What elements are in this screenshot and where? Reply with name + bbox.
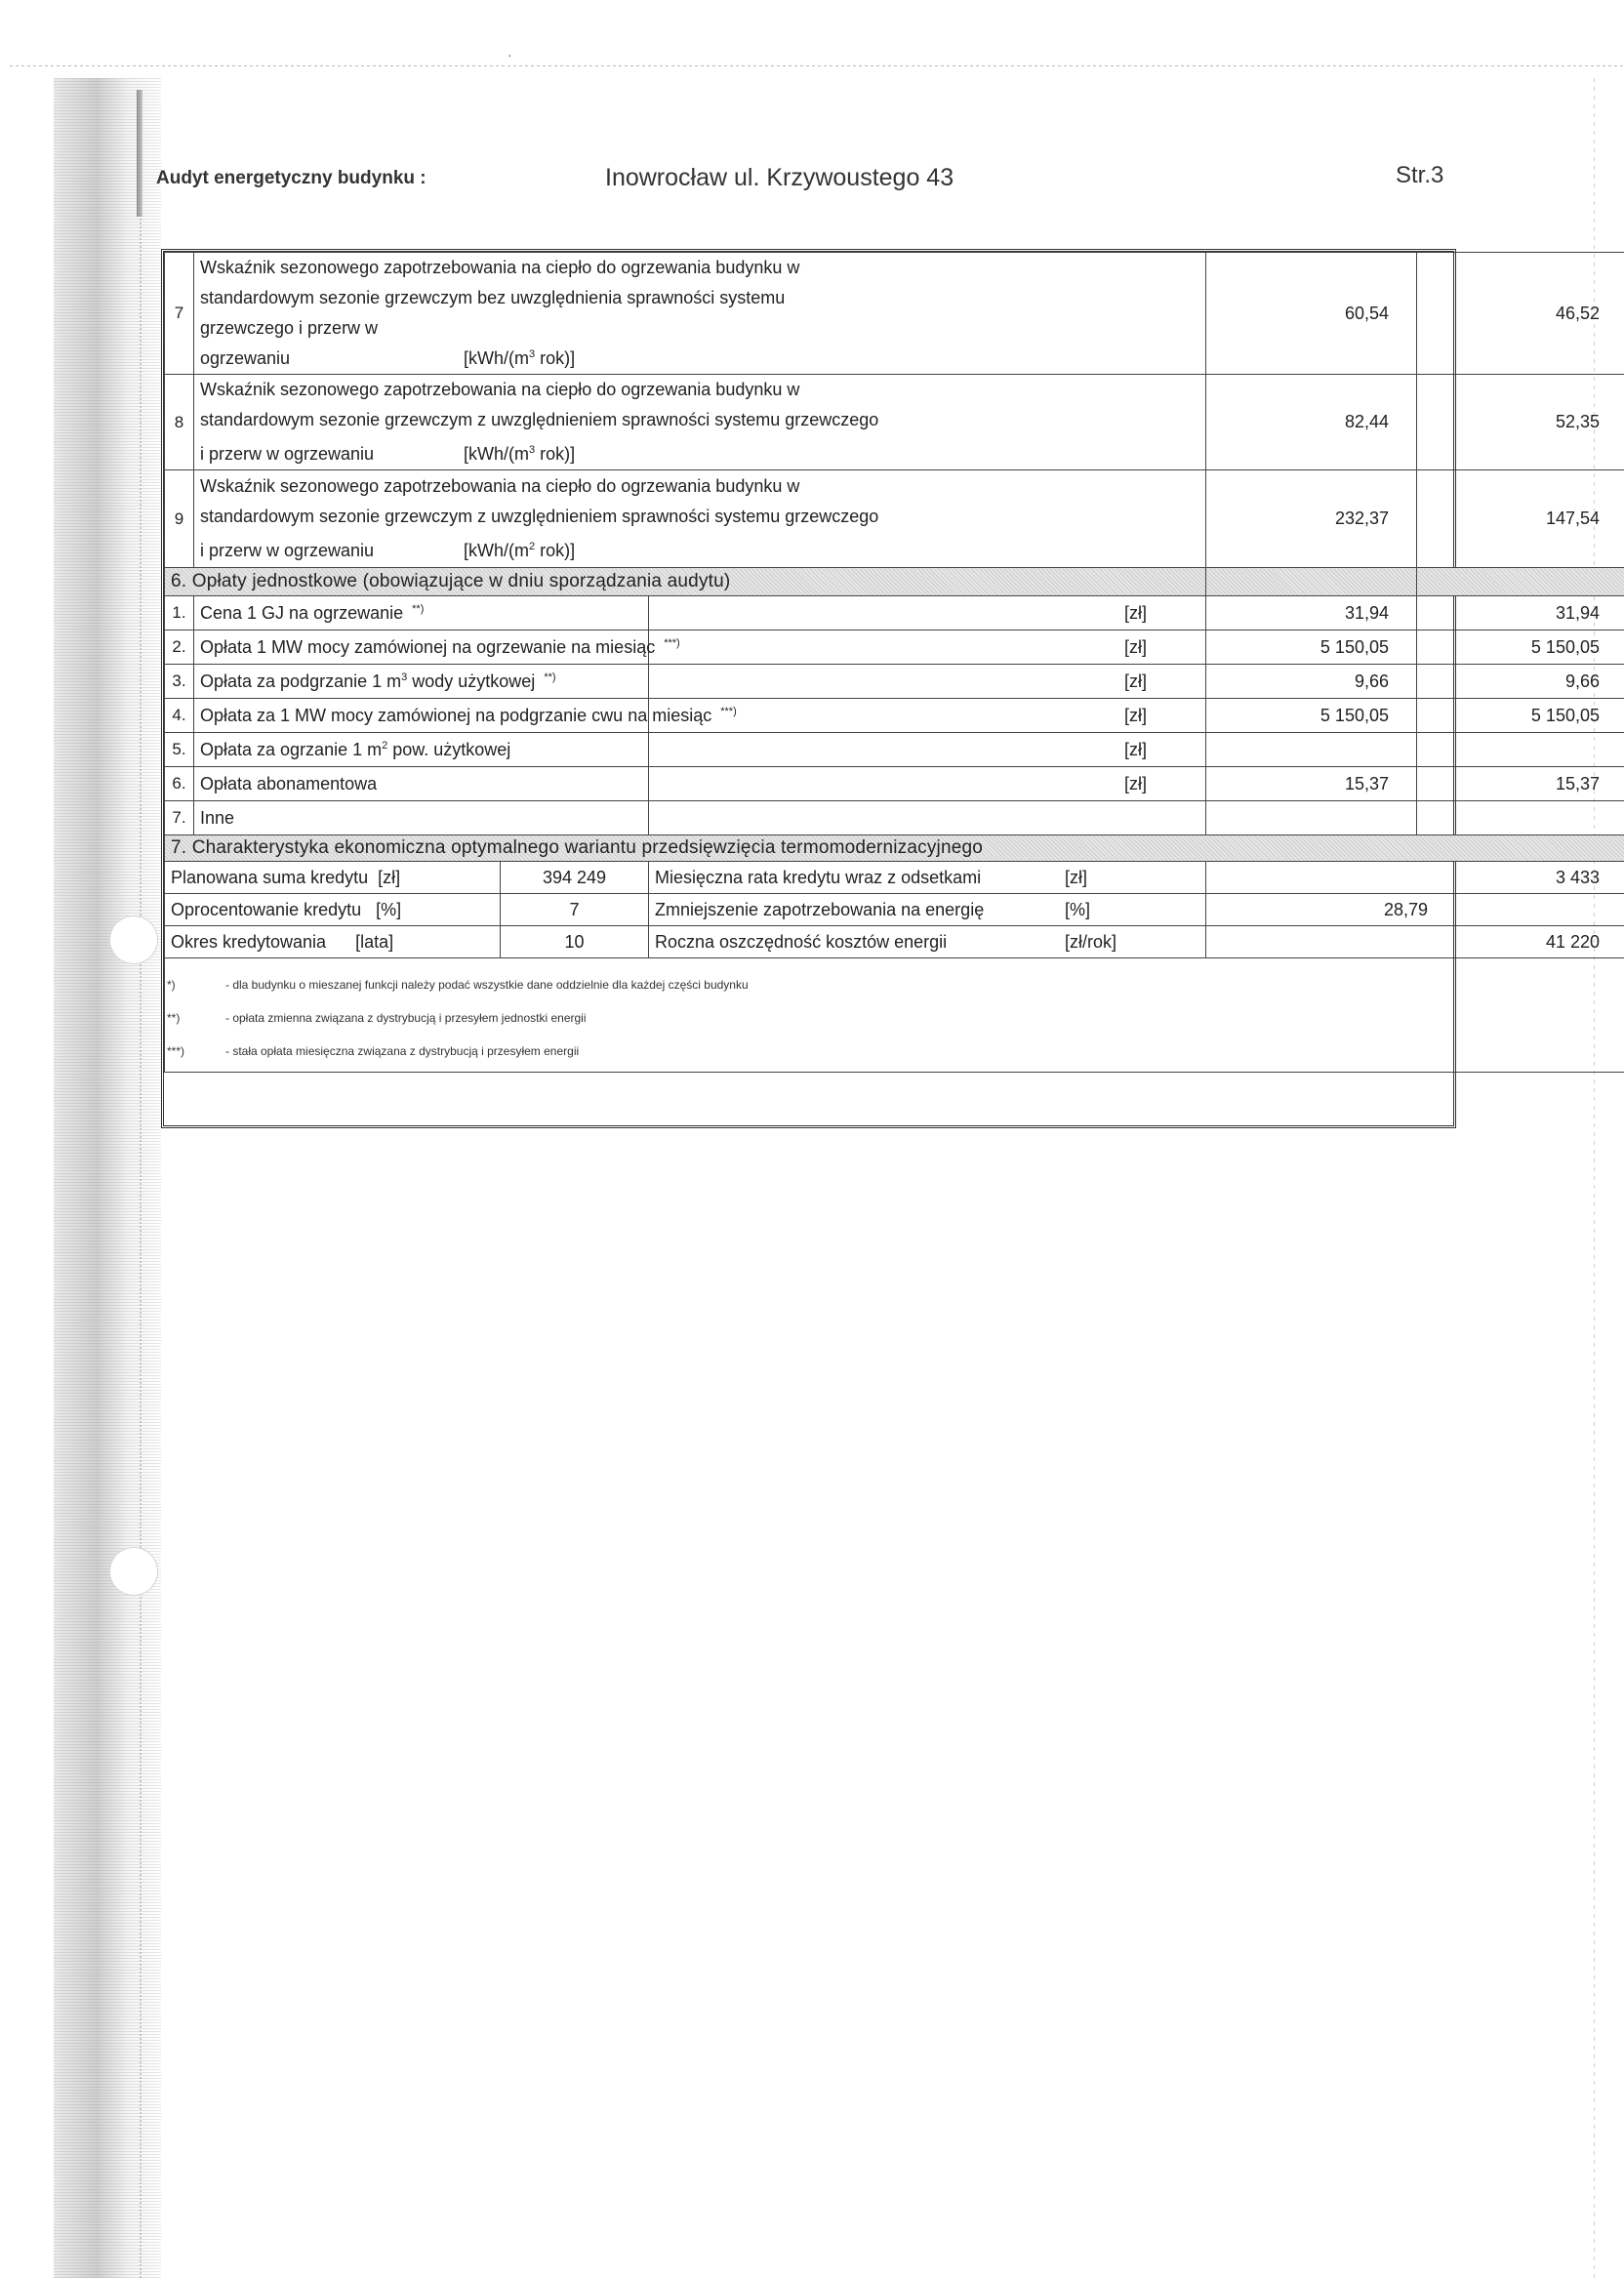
credit-label: Planowana suma kredytu [zł] [165, 862, 501, 894]
row-number: 9 [165, 470, 194, 568]
credit-value: 7 [501, 894, 649, 926]
indicator-description: Wskaźnik sezonowego zapotrzebowania na c… [194, 375, 1206, 470]
value-after: 5 150,05 [1417, 631, 1624, 665]
unit-fee-row: 4. Opłata za 1 MW mocy zamówionej na pod… [165, 699, 1624, 733]
value-after: 5 150,05 [1417, 699, 1624, 733]
value-after: 52,35 [1417, 375, 1624, 470]
section-7-title: 7. Charakterystyka ekonomiczna optymalne… [165, 835, 1624, 862]
row-number: 4. [165, 699, 194, 733]
fee-label: Opłata za podgrzanie 1 m3 wody użytkowej… [194, 665, 649, 699]
unit-fee-row: 3. Opłata za podgrzanie 1 m3 wody użytko… [165, 665, 1624, 699]
audit-table-frame: 7 Wskaźnik sezonowego zapotrzebowania na… [161, 249, 1456, 1128]
row-number: 3. [165, 665, 194, 699]
unit-fee-row: 7. Inne [165, 801, 1624, 835]
section-6-title: 6. Opłaty jednostkowe (obowiązujące w dn… [165, 568, 1206, 596]
fee-unit [649, 801, 1206, 835]
indicator-description: Wskaźnik sezonowego zapotrzebowania na c… [194, 470, 1206, 568]
scan-speck: · [507, 47, 512, 62]
indicator-row: 7 Wskaźnik sezonowego zapotrzebowania na… [165, 253, 1624, 375]
footnote-mark: ***) [165, 1035, 225, 1068]
value-before: 232,37 [1206, 470, 1417, 568]
value-before [1206, 801, 1417, 835]
value-after [1417, 801, 1624, 835]
punch-hole [109, 915, 158, 964]
footnote-text: - stała opłata miesięczna związana z dys… [225, 1044, 579, 1058]
unit-fee-row: 5. Opłata za ogrzanie 1 m2 pow. użytkowe… [165, 733, 1624, 767]
unit-fee-row: 2. Opłata 1 MW mocy zamówionej na ogrzew… [165, 631, 1624, 665]
fee-unit: [zł] [649, 733, 1206, 767]
footnote-text: - opłata zmienna związana z dystrybucją … [225, 1011, 587, 1025]
fee-label: Cena 1 GJ na ogrzewanie **) [194, 596, 649, 631]
fee-unit: [zł] [649, 631, 1206, 665]
credit-row: Oprocentowanie kredytu [%] 7 Zmniejszeni… [165, 894, 1624, 926]
document-type: Audyt energetyczny budynku : [156, 168, 426, 189]
credit-label: Oprocentowanie kredytu [%] [165, 894, 501, 926]
footnote: ***)- stała opłata miesięczna związana z… [165, 1035, 1624, 1068]
row-number: 1. [165, 596, 194, 631]
credit-value: 10 [501, 926, 649, 958]
binder-fold-line [140, 215, 142, 2278]
indicator-unit: [kWh/(m3 rok)] [464, 444, 575, 464]
value-before: 9,66 [1206, 665, 1417, 699]
fee-label: Opłata za 1 MW mocy zamówionej na podgrz… [194, 699, 649, 733]
fee-unit: [zł] [649, 767, 1206, 801]
fee-label: Inne [194, 801, 649, 835]
economic-value: 3 433 [1206, 862, 1624, 894]
fee-unit: [zł] [649, 596, 1206, 631]
credit-row: Okres kredytowania [lata] 10 Roczna oszc… [165, 926, 1624, 958]
row-number: 6. [165, 767, 194, 801]
value-before [1206, 733, 1417, 767]
row-number: 7 [165, 253, 194, 375]
footnote: **)- opłata zmienna związana z dystrybuc… [165, 1001, 1624, 1035]
unit-fee-row: 6. Opłata abonamentowa [zł] 15,37 15,37 [165, 767, 1624, 801]
economic-label: Miesięczna rata kredytu wraz z odsetkami… [649, 862, 1206, 894]
section-7-header: 7. Charakterystyka ekonomiczna optymalne… [165, 835, 1624, 862]
footnote-mark: *) [165, 968, 225, 1001]
fee-label: Opłata za ogrzanie 1 m2 pow. użytkowej [194, 733, 649, 767]
row-number: 7. [165, 801, 194, 835]
value-after: 46,52 [1417, 253, 1624, 375]
unit-fee-row: 1. Cena 1 GJ na ogrzewanie **) [zł] 31,9… [165, 596, 1624, 631]
fee-label: Opłata 1 MW mocy zamówionej na ogrzewani… [194, 631, 649, 665]
value-before: 15,37 [1206, 767, 1417, 801]
footnote: *)- dla budynku o mieszanej funkcji nale… [165, 968, 1624, 1001]
credit-row: Planowana suma kredytu [zł] 394 249 Mies… [165, 862, 1624, 894]
footnotes: *)- dla budynku o mieszanej funkcji nale… [165, 958, 1624, 1073]
fee-label: Opłata abonamentowa [194, 767, 649, 801]
indicator-row: 9 Wskaźnik sezonowego zapotrzebowania na… [165, 470, 1624, 568]
binder-shadow [54, 78, 161, 2278]
binder-mark [137, 90, 142, 217]
value-after [1417, 733, 1624, 767]
value-before: 60,54 [1206, 253, 1417, 375]
row-number: 8 [165, 375, 194, 470]
credit-label: Okres kredytowania [lata] [165, 926, 501, 958]
scan-edge-line [10, 65, 1624, 66]
value-before: 82,44 [1206, 375, 1417, 470]
indicator-unit: [kWh/(m2 rok)] [464, 541, 575, 560]
audit-table: 7 Wskaźnik sezonowego zapotrzebowania na… [164, 252, 1624, 1073]
section-6-header: 6. Opłaty jednostkowe (obowiązujące w dn… [165, 568, 1624, 596]
value-after: 147,54 [1417, 470, 1624, 568]
page-number: Str.3 [1396, 162, 1443, 189]
indicator-row: 8 Wskaźnik sezonowego zapotrzebowania na… [165, 375, 1624, 470]
value-before: 5 150,05 [1206, 699, 1417, 733]
value-before: 5 150,05 [1206, 631, 1417, 665]
economic-label: Roczna oszczędność kosztów energii[zł/ro… [649, 926, 1206, 958]
economic-label: Zmniejszenie zapotrzebowania na energię[… [649, 894, 1206, 926]
value-after: 15,37 [1417, 767, 1624, 801]
footnote-text: - dla budynku o mieszanej funkcji należy… [225, 978, 749, 992]
economic-value: 41 220 [1206, 926, 1624, 958]
row-number: 5. [165, 733, 194, 767]
economic-value: 28,79 [1206, 894, 1624, 926]
footnote-mark: **) [165, 1001, 225, 1035]
value-after: 31,94 [1417, 596, 1624, 631]
punch-hole [109, 1547, 158, 1596]
building-address: Inowrocław ul. Krzywoustego 43 [605, 164, 954, 192]
indicator-description: Wskaźnik sezonowego zapotrzebowania na c… [194, 253, 1206, 375]
indicator-unit: [kWh/(m3 rok)] [464, 348, 575, 368]
value-before: 31,94 [1206, 596, 1417, 631]
credit-value: 394 249 [501, 862, 649, 894]
fee-unit: [zł] [649, 665, 1206, 699]
value-after: 9,66 [1417, 665, 1624, 699]
row-number: 2. [165, 631, 194, 665]
